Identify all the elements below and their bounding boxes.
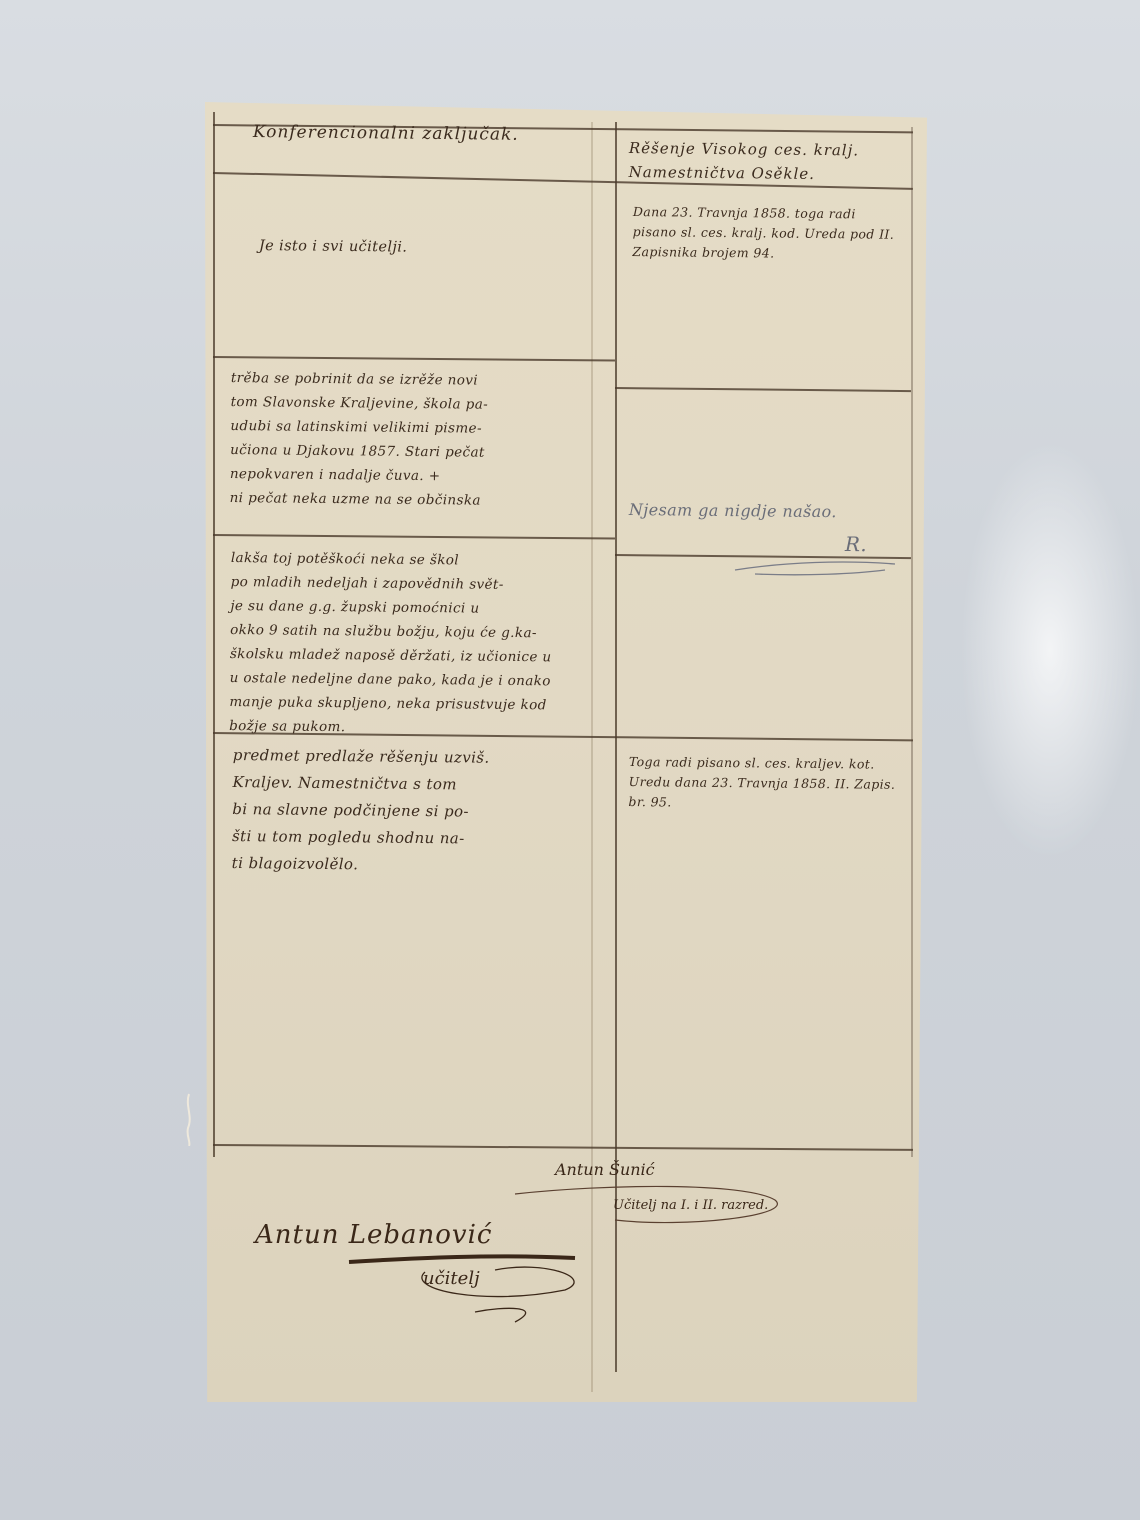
row2-left-text: trěba se pobrinit da se izrěže novi tom …	[229, 366, 610, 514]
document-sheet: Konferencionalni zaključak. Rěšenje Viso…	[205, 102, 927, 1402]
right-signature-flourish	[505, 1180, 805, 1240]
left-signature-title: učitelj	[423, 1268, 480, 1289]
right-signature-name: Antun Šunić	[555, 1160, 655, 1179]
binding-thread	[182, 1092, 196, 1146]
left-signature-underline	[345, 1250, 585, 1330]
right-column-header: Rěšenje Visokog ces. kralj. Namestničtva…	[628, 136, 898, 187]
left-border-line	[213, 112, 215, 1157]
row2-right-pencil-note: Njesam ga nigdje našao.	[629, 500, 899, 523]
left-column-header: Konferencionalni zaključak.	[253, 122, 519, 145]
row4-right-text: Toga radi pisano sl. ces. kraljev. kot. …	[628, 752, 899, 815]
row4-left-text: predmet predlaže rěšenju uzviš. Kraljev.…	[232, 742, 613, 881]
row1-right-rule	[615, 387, 911, 392]
row1-right-text: Dana 23. Travnja 1858. toga radi pisano …	[632, 202, 903, 265]
left-signature-name: Antun Lebanović	[255, 1220, 493, 1250]
right-border-line	[911, 127, 913, 1157]
pencil-flourish	[725, 552, 905, 580]
row3-left-text: lakša toj potěškoći neka se škol po mlad…	[229, 546, 611, 742]
row2-left-rule	[213, 534, 615, 539]
table-bottom-rule	[213, 1144, 913, 1150]
row1-left-rule	[213, 356, 615, 361]
row1-left-text: Je isto i svi učitelji.	[259, 236, 599, 260]
light-glare	[960, 440, 1140, 860]
